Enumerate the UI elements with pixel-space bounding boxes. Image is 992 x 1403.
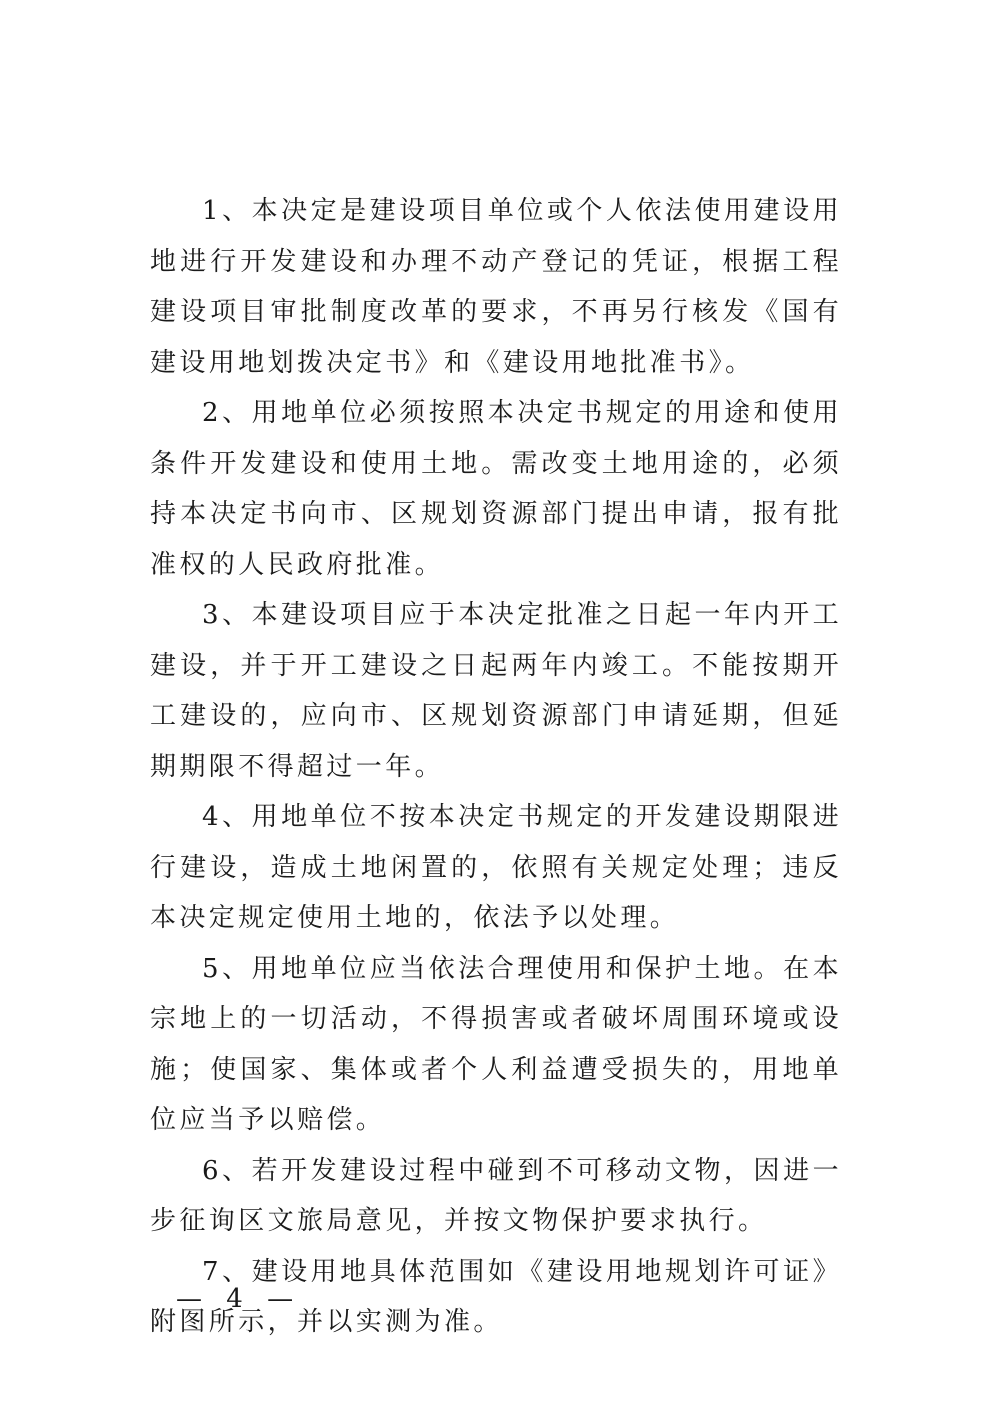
clause-5: 5、用地单位应当依法合理使用和保护土地。在本宗地上的一切活动，不得损害或者破坏周…	[150, 944, 842, 1146]
clause-1: 1、本决定是建设项目单位或个人依法使用建设用地进行开发建设和办理不动产登记的凭证…	[150, 186, 842, 388]
clause-3: 3、本建设项目应于本决定批准之日起一年内开工建设，并于开工建设之日起两年内竣工。…	[150, 590, 842, 792]
clause-6: 6、若开发建设过程中碰到不可移动文物，因进一步征询区文旅局意见，并按文物保护要求…	[150, 1146, 842, 1247]
document-body: 1、本决定是建设项目单位或个人依法使用建设用地进行开发建设和办理不动产登记的凭证…	[150, 186, 842, 1348]
clause-2: 2、用地单位必须按照本决定书规定的用途和使用条件开发建设和使用土地。需改变土地用…	[150, 388, 842, 590]
clause-4: 4、用地单位不按本决定书规定的开发建设期限进行建设，造成土地闲置的，依照有关规定…	[150, 792, 842, 944]
document-page: 1、本决定是建设项目单位或个人依法使用建设用地进行开发建设和办理不动产登记的凭证…	[0, 0, 992, 1403]
page-number: — 4 —	[176, 1284, 301, 1314]
